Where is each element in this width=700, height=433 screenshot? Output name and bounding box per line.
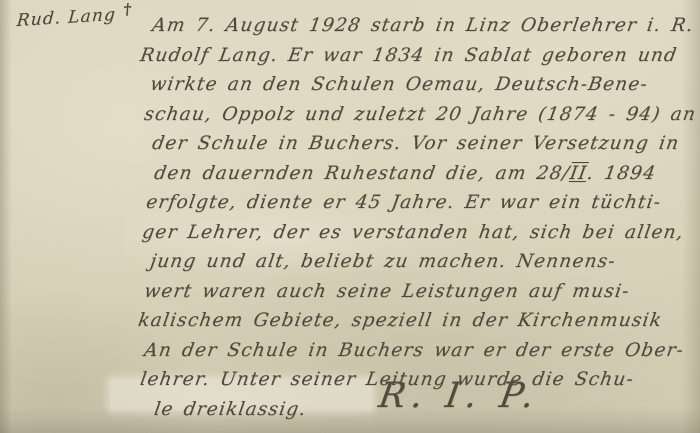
text-line: jung und alt, beliebt zu machen. Nennens… [148, 247, 698, 277]
entry-text: Am 7. August 1928 starb in Linz Oberlehr… [136, 11, 694, 424]
text-line: wert waren auch seine Leistungen auf mus… [142, 277, 698, 307]
text-line: ger Lehrer, der es verstanden hat, sich … [140, 218, 698, 248]
text-line: den dauernden Ruhestand die, am 28/II. 1… [152, 159, 698, 189]
text-line: kalischem Gebiete, speziell in der Kirch… [136, 306, 698, 336]
text-line: Am 7. August 1928 starb in Linz Oberlehr… [150, 11, 698, 41]
text-line: der Schule in Buchers. Vor seiner Verset… [150, 129, 698, 159]
margin-note-name: Rud. Lang [16, 5, 117, 31]
text-line: An der Schule in Buchers war er der erst… [142, 336, 698, 366]
manuscript-page: Rud. Lang† Am 7. August 1928 starb in Li… [0, 0, 700, 433]
cross-icon: † [123, 0, 132, 18]
signature-rip: R. I. P. [376, 376, 543, 416]
text-line: Rudolf Lang. Er war 1834 in Sablat gebor… [138, 41, 698, 71]
line-prefix: den dauernden Ruhestand die, am 28/ [153, 163, 572, 184]
line-suffix: . 1894 [585, 163, 657, 184]
left-edge-shadow [0, 0, 12, 433]
margin-note: Rud. Lang† [16, 4, 132, 31]
text-line: erfolgte, diente er 45 Jahre. Er war ein… [144, 188, 698, 218]
text-line: wirkte an den Schulen Oemau, Deutsch-Ben… [148, 70, 698, 100]
text-line: schau, Oppolz und zuletzt 20 Jahre (1874… [142, 100, 698, 130]
